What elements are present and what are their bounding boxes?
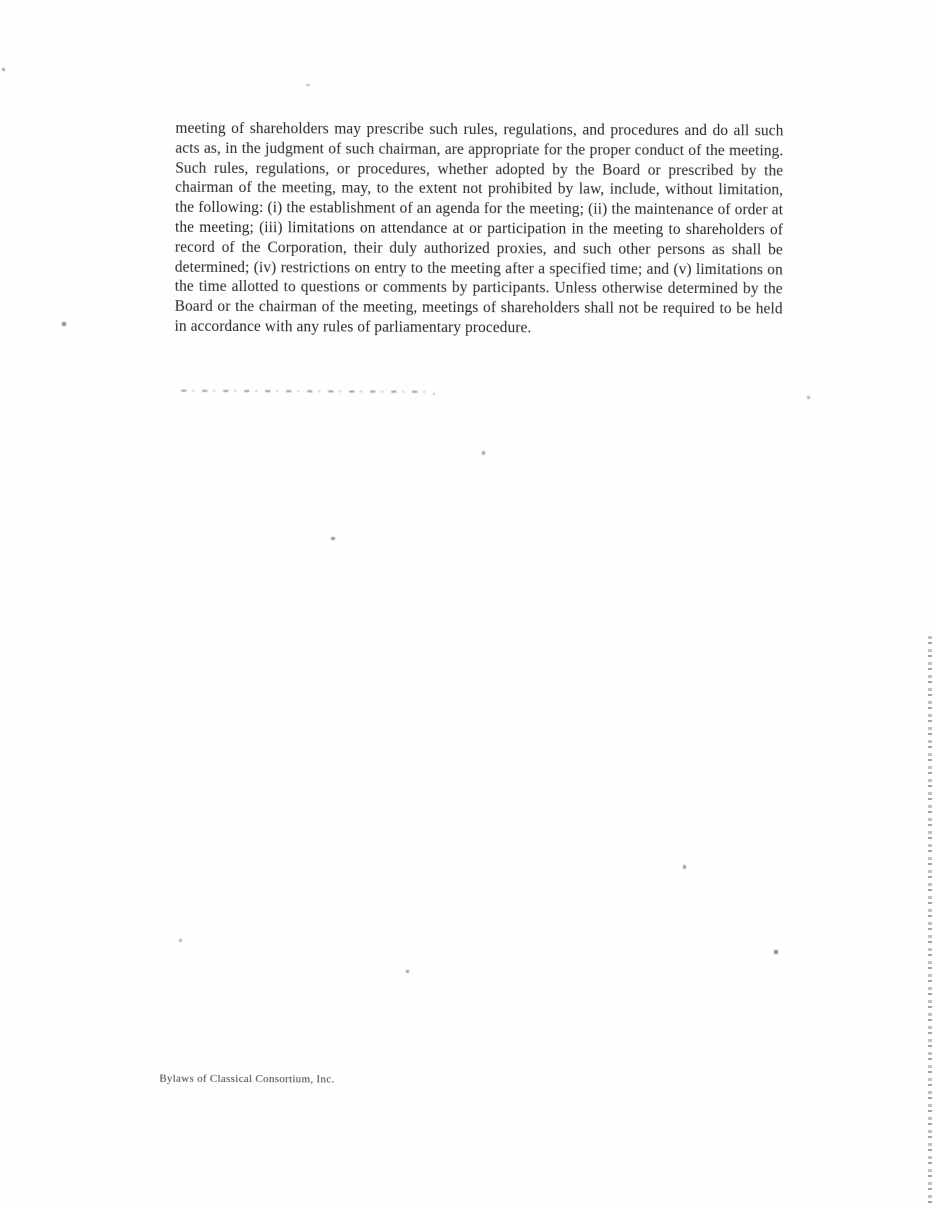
scan-speck — [482, 451, 485, 455]
scan-speck — [406, 970, 409, 973]
scan-speck — [2, 68, 5, 71]
scan-speck — [179, 939, 182, 942]
scan-speck — [433, 393, 435, 395]
scan-speck — [62, 322, 66, 326]
scan-speck — [807, 396, 810, 399]
scan-noise-dash-row — [181, 390, 433, 393]
scanned-page: meeting of shareholders may prescribe su… — [0, 0, 934, 1208]
scan-edge-artifact — [928, 636, 932, 1208]
scan-speck — [306, 84, 310, 86]
scan-content-layer: meeting of shareholders may prescribe su… — [0, 0, 934, 1208]
body-paragraph: meeting of shareholders may prescribe su… — [175, 119, 784, 339]
scan-speck — [774, 950, 778, 954]
scan-speck — [683, 865, 686, 869]
scan-speck — [331, 537, 335, 540]
footer-text: Bylaws of Classical Consortium, Inc. — [159, 1073, 334, 1086]
